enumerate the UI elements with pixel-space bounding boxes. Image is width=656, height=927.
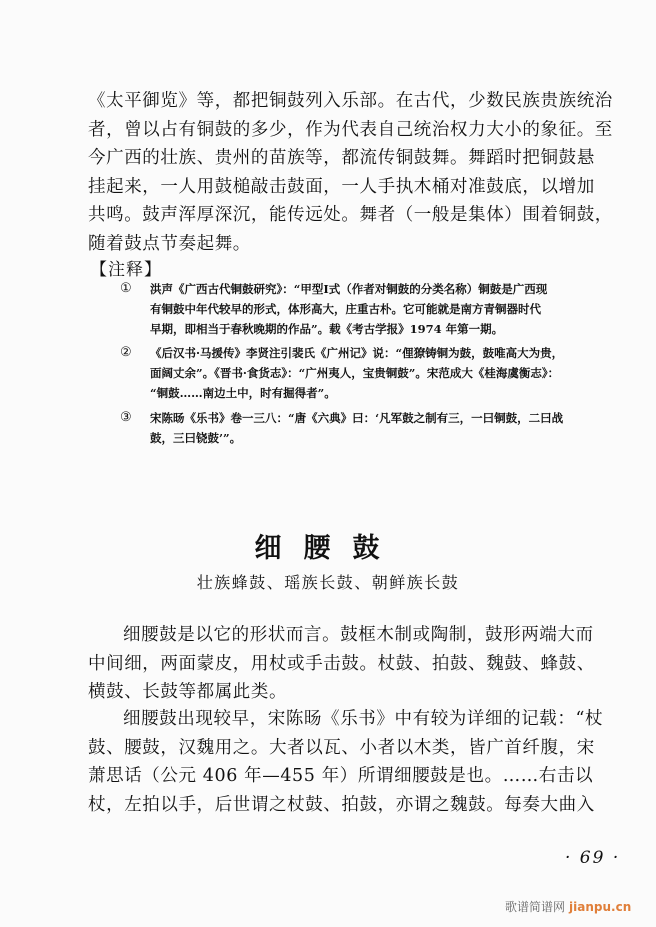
text-line: 横鼓、长鼓等都属此类。 [88,678,578,707]
text-line: 挂起来，一人用鼓槌敲击鼓面，一人手执木桶对准鼓底，以增加 [88,173,578,202]
footnote-3: ③ 宋陈旸《乐书》卷一三八：“唐《六典》曰：‘凡军鼓之制有三，一曰铜鼓，二曰战 … [120,408,580,448]
text-line: 者，曾以占有铜鼓的多少，作为代表自己统治权力大小的象征。至 [88,116,578,145]
section-title: 细腰鼓 [0,526,656,565]
footnote-line: 鼓，三曰铙鼓’”。 [150,428,580,448]
footnote-line: 宋陈旸《乐书》卷一三八：“唐《六典》曰：‘凡军鼓之制有三，一曰铜鼓，二曰战 [150,408,580,428]
footnote-number: ③ [120,408,132,428]
footnote-1: ① 洪声《广西古代铜鼓研究》：“甲型Ⅰ式（作者对铜鼓的分类名称）铜鼓是广西现 有… [120,279,580,339]
watermark-text: 歌谱简谱网 [505,900,565,914]
text-line: 《太平御览》等，都把铜鼓列入乐部。在古代，少数民族贵族统治 [88,87,578,116]
watermark: 歌谱简谱网jianpu.cn [505,898,631,915]
text-line: 细腰鼓出现较早，宋陈旸《乐书》中有较为详细的记载：“杖 [88,705,578,734]
page-number: · 69 · [565,848,620,868]
footnote-line: 《后汉书·马援传》李贤注引裴氏《广州记》说：“俚獠铸铜为鼓，鼓唯高大为贵， [150,343,580,363]
footnote-line: 有铜鼓中年代较早的形式，体形高大，庄重古朴。它可能就是南方青铜器时代 [150,299,580,319]
text-line: 鼓、腰鼓，汉魏用之。大者以瓦、小者以木类，皆广首纤腹，宋 [88,734,578,763]
footnote-number: ② [120,343,132,363]
paragraph-waist-drum-shape: 细腰鼓是以它的形状而言。鼓框木制或陶制，鼓形两端大而 中间细，两面蒙皮，用杖或手… [88,621,578,707]
text-line: 共鸣。鼓声浑厚深沉，能传远处。舞者（一般是集体）围着铜鼓， [88,201,578,230]
text-line: 今广西的壮族、贵州的苗族等，都流传铜鼓舞。舞蹈时把铜鼓悬 [88,144,578,173]
text-line: 随着鼓点节奏起舞。 [88,230,578,259]
section-subtitle: 壮族蜂鼓、瑶族长鼓、朝鲜族长鼓 [0,570,656,593]
footnote-2: ② 《后汉书·马援传》李贤注引裴氏《广州记》说：“俚獠铸铜为鼓，鼓唯高大为贵， … [120,343,580,403]
footnote-line: “铜鼓……南边土中，时有掘得者”。 [150,383,580,403]
watermark-url: jianpu.cn [569,900,631,914]
footnote-line: 面阔丈余”。《晋书·食货志》：“广州夷人，宝贵铜鼓”。宋范成大《桂海虞衡志》： [150,363,580,383]
text-line: 细腰鼓是以它的形状而言。鼓框木制或陶制，鼓形两端大而 [88,621,578,650]
paragraph-bronze-drum-dance: 《太平御览》等，都把铜鼓列入乐部。在古代，少数民族贵族统治 者，曾以占有铜鼓的多… [88,87,578,258]
paragraph-waist-drum-history: 细腰鼓出现较早，宋陈旸《乐书》中有较为详细的记载：“杖 鼓、腰鼓，汉魏用之。大者… [88,705,578,819]
footnote-line: 洪声《广西古代铜鼓研究》：“甲型Ⅰ式（作者对铜鼓的分类名称）铜鼓是广西现 [150,279,580,299]
footnote-number: ① [120,279,132,299]
text-line: 中间细，两面蒙皮，用杖或手击鼓。杖鼓、拍鼓、魏鼓、蜂鼓、 [88,650,578,679]
text-line: 萧思话（公元 406 年—455 年）所谓细腰鼓是也。……右击以 [88,762,578,791]
text-line: 杖，左拍以手，后世谓之杖鼓、拍鼓，亦谓之魏鼓。每奏大曲入 [88,791,578,820]
footnote-line: 早期，即相当于春秋晚期的作品”。载《考古学报》1974 年第一期。 [150,319,580,339]
notes-heading: 【注释】 [90,255,162,280]
